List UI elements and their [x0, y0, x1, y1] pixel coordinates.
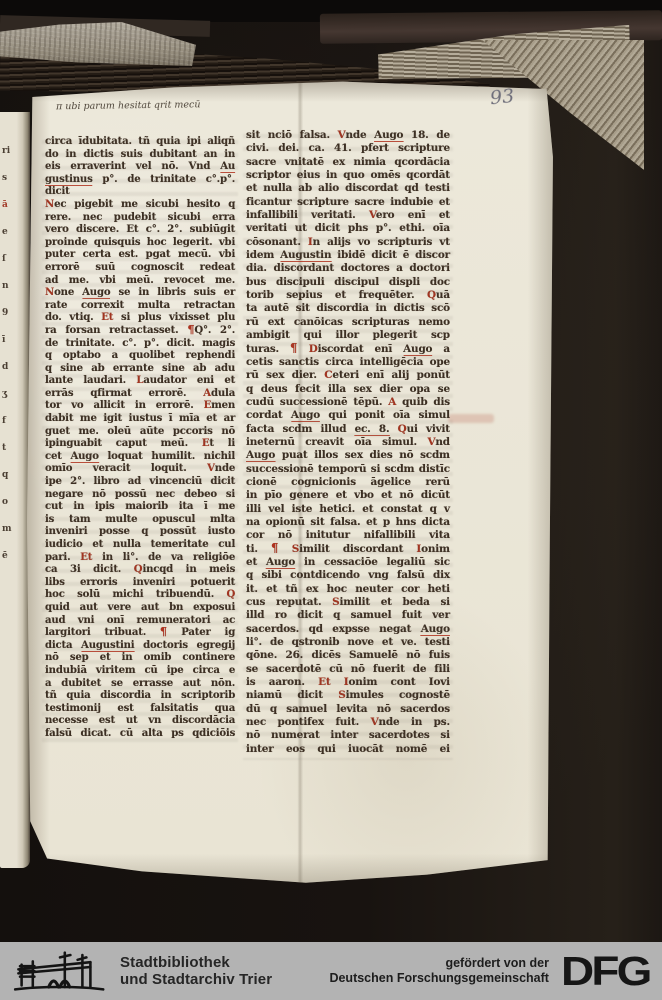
edge-glyph: ri: [2, 138, 16, 165]
manuscript-line: ineternū creavit oīa simul. Vnd: [246, 436, 450, 449]
facing-page-strip: risāeſn9īdʒftqomē: [0, 112, 30, 868]
edge-glyph: o: [2, 489, 16, 516]
manuscript-line: rate correxit multa retractan: [45, 299, 235, 312]
manuscript-line: cet Augo loquat humilit. nichil: [45, 450, 235, 463]
edge-glyph: e: [2, 219, 16, 246]
manuscript-line: Augo puat illos sex dies nō scdm: [246, 449, 450, 462]
funding-credit: gefördert von der Deutschen Forschungsge…: [329, 956, 549, 986]
manuscript-line: ti. ¶ Similit discordant Ionim: [246, 543, 450, 556]
manuscript-line: omīo veracit loquit. Vnde: [45, 462, 235, 475]
manuscript-line: gustinus p°. de trinitate c°.p°. dicit: [45, 173, 235, 198]
manuscript-line: eis erraverint vel nō. Vnd Au: [45, 160, 235, 173]
manuscript-line: do. vtiq. Et si plus vixisset plu: [45, 311, 235, 324]
edge-glyph: d: [2, 354, 16, 381]
dfg-logo: DFG: [561, 951, 661, 992]
manuscript-line: successionē temporū si scdm distīc: [246, 463, 450, 476]
manuscript-line: testimonij est falsitatis qua: [45, 702, 235, 715]
manuscript-line: it. et tñ ex hoc neuter cor heti: [246, 583, 450, 596]
edge-glyph: ā: [2, 192, 16, 219]
folio-number: 93: [489, 85, 515, 109]
manuscript-line: na opionū sit falsa. et p hns dicta: [246, 516, 450, 529]
manuscript-line: lante laudari. Laudator eni et: [45, 374, 235, 387]
manuscript-line: qōne. 26. dicēs Samuelē nō fuis: [246, 649, 450, 662]
manuscript-column-left: circa īdubitata. tñ quia ipi aliqñdo in …: [45, 135, 235, 740]
manuscript-line: nō numerat inter sacerdotes si: [246, 729, 450, 742]
manuscript-line: q sine ab errante sine ab adu: [45, 362, 235, 375]
edge-glyph: ſ: [2, 246, 16, 273]
manuscript-line: is aaron. Et Ionim cont Iovi: [246, 676, 450, 689]
edge-glyph: f: [2, 408, 16, 435]
manuscript-line: li°. de qstronib nove et ve. testi: [246, 636, 450, 649]
manuscript-line: cetis sanctis circa intelligēcia ope: [246, 356, 450, 369]
manuscript-line: rere. nec pudebit sicubi erra: [45, 211, 235, 224]
manuscript-line: dabit me igit iustus ī mīa et ar: [45, 412, 235, 425]
facing-page-text-edge: risāeſn9īdʒftqomē: [2, 138, 16, 570]
edge-glyph: n: [2, 273, 16, 300]
page-stack-fore-edge: [544, 58, 636, 890]
manuscript-line: is tam multe opuscul mlta: [45, 513, 235, 526]
manuscript-line: ambigit qui illor plegerit scp: [246, 329, 450, 342]
funding-line2: Deutschen Forschungsgemeinschaft: [329, 971, 549, 986]
manuscript-line: vero discere. Et c°. 2°. subiūgit: [45, 223, 235, 236]
manuscript-line: negare nō possū nec debeo si: [45, 488, 235, 501]
manuscript-line: errorē suū cognoscit redeat: [45, 261, 235, 274]
manuscript-line: nec pontifex fuit. Vnde in ps.: [246, 716, 450, 729]
edge-glyph: 9: [2, 300, 16, 327]
edge-glyph: ʒ: [2, 381, 16, 408]
manuscript-line: q sibi contdicendo vng falsū dix: [246, 569, 450, 582]
manuscript-line: circa īdubitata. tñ quia ipi aliqñ: [45, 135, 235, 148]
manuscript-line: cut in ipis maiorib ita ī me: [45, 500, 235, 513]
manuscript-line: largitori tribuat. ¶ Pater ig: [45, 626, 235, 639]
manuscript-line: falsū dicat. cū alta ps qdiciōis: [45, 727, 235, 740]
manuscript-line: ad me. vbi meū. revocet me.: [45, 274, 235, 287]
library-name-line2: und Stadtarchiv Trier: [120, 971, 272, 989]
manuscript-line: dia. discordant doctores a doctori: [246, 262, 450, 275]
manuscript-line: sacre vnitatē ex nimia qcordācia: [246, 156, 450, 169]
manuscript-line: puter certa est. pgat mecū. vbi: [45, 248, 235, 261]
manuscript-line: dū q samuel levita nō sacerdos: [246, 703, 450, 716]
manuscript-line: in pīo genere et vbo et nō dicūt: [246, 489, 450, 502]
manuscript-line: cus reputat. Similit et beda si: [246, 596, 450, 609]
manuscript-line: facta scdm illud ec. 8. Qui vivit: [246, 423, 450, 436]
manuscript-line: tñ quia discordia in scriptorib: [45, 689, 235, 702]
library-name: Stadtbibliothek und Stadtarchiv Trier: [120, 954, 272, 989]
manuscript-line: ta autē sit discordia in dictis scō: [246, 302, 450, 315]
manuscript-line: do in dictis suis dubitant an in: [45, 148, 235, 161]
marginal-note-showthrough: [448, 414, 494, 423]
manuscript-line: Nec pigebit me sicubi hesito q: [45, 198, 235, 211]
edge-glyph: ī: [2, 327, 16, 354]
manuscript-line: ficantur scripture sacre indubie et: [246, 196, 450, 209]
stadtbibliothek-trier-logo-icon: [12, 945, 108, 997]
manuscript-line: ra forsan retractasset. ¶Q°. 2°.: [45, 324, 235, 337]
edge-glyph: t: [2, 435, 16, 462]
manuscript-line: cionē cognicionis āgelice rerū: [246, 476, 450, 489]
manuscript-line: quid aut vere aut bn exposui: [45, 601, 235, 614]
manuscript-column-right: sit nciō falsa. Vnde Augo 18. decivi. de…: [246, 129, 450, 756]
manuscript-line: None Augo se in libris suis er: [45, 286, 235, 299]
manuscript-line: civi. dei. ca. 41. pfert scripture: [246, 142, 450, 155]
manuscript-line: cōsonant. In alijs vo scripturis vt: [246, 236, 450, 249]
manuscript-line: bus discipuli discipul displi doc: [246, 276, 450, 289]
edge-glyph: m: [2, 516, 16, 543]
manuscript-line: turas. ¶ Discordat enī Augo a: [246, 343, 450, 356]
manuscript-line: guet me. oleū aūte pccoris nō: [45, 425, 235, 438]
manuscript-line: rū ext canōicas scripturas nemo: [246, 316, 450, 329]
manuscript-line: rū sex dier. Ceteri enī alij ponūt: [246, 369, 450, 382]
library-name-line1: Stadtbibliothek: [120, 954, 272, 972]
manuscript-line: et nulla ab alio discordat qd testi: [246, 182, 450, 195]
manuscript-line: infallibili veritati. Vero enī et: [246, 209, 450, 222]
manuscript-line: cordat Augo qui ponit oīa simul: [246, 409, 450, 422]
manuscript-line: se sacerdotē cū nō fuerit de fili: [246, 663, 450, 676]
manuscript-line: cudū successionē tēpū. A quib dis: [246, 396, 450, 409]
manuscript-line: inter eos qui iuocāt nomē ei: [246, 743, 450, 756]
manuscript-line: ca 3i dicit. Qincqd in meis: [45, 563, 235, 576]
manuscript-line: ipe 2°. libro ad vincenciū dicit: [45, 475, 235, 488]
edge-glyph: q: [2, 462, 16, 489]
manuscript-line: niamū dicit Simules cognostē: [246, 689, 450, 702]
manuscript-line: tor vo allicit in errorē. Emen: [45, 399, 235, 412]
manuscript-line: scriptor eius in quo omēs qcordāt: [246, 169, 450, 182]
manuscript-line: sit nciō falsa. Vnde Augo 18. de: [246, 129, 450, 142]
header-annotation: π ubi parum hesitat qrit mecū: [56, 99, 246, 113]
manuscript-line: libs erroris inveniri potuerit: [45, 576, 235, 589]
manuscript-line: a dubitet se errasse aut nōn.: [45, 677, 235, 690]
manuscript-line: aud vni onī remuneratori ac: [45, 614, 235, 627]
manuscript-line: iudicio et nulla temeritate cul: [45, 538, 235, 551]
manuscript-line: errās qfirmat errorē. Adula: [45, 387, 235, 400]
manuscript-line: pari. Et in li°. de va religiōe: [45, 551, 235, 564]
manuscript-line: ipinguabit caput meū. Et li: [45, 437, 235, 450]
manuscript-line: illi vel iste hetici. et constat q v: [246, 503, 450, 516]
edge-glyph: s: [2, 165, 16, 192]
footer-banner: Stadtbibliothek und Stadtarchiv Trier ge…: [0, 942, 662, 1000]
manuscript-line: veritati ut dicit phs p°. ethi. oīa: [246, 222, 450, 235]
manuscript-line: indubiā viritem cū ipe circa e: [45, 664, 235, 677]
manuscript-page: π ubi parum hesitat qrit mecū 93 circa ī…: [26, 76, 554, 886]
manuscript-line: q deus fecit illa sex dier opa se: [246, 383, 450, 396]
manuscript-line: q optabo a quolibet rephendi: [45, 349, 235, 362]
manuscript-line: proinde quisquis hoc legerit. vbi: [45, 236, 235, 249]
manuscript-line: et Augo in cessaciōe legaliū sic: [246, 556, 450, 569]
manuscript-line: torib sepius et frequēter. Quā: [246, 289, 450, 302]
manuscript-line: illd ro dicit q samuel fuit ver: [246, 609, 450, 622]
digitized-manuscript-scan: risāeſn9īdʒftqomē π ubi parum hesitat qr…: [0, 0, 662, 1000]
edge-glyph: ē: [2, 543, 16, 570]
funding-line1: gefördert von der: [329, 956, 549, 971]
manuscript-line: sacerdos. qd expsse negat Augo: [246, 623, 450, 636]
manuscript-line: necesse est ut vn discordācia: [45, 714, 235, 727]
manuscript-line: hoc solū michi tribuendū. Q: [45, 588, 235, 601]
manuscript-line: de trinitate. c°. p°. dicit. magis: [45, 337, 235, 350]
manuscript-line: dicta Augustini doctoris egregij: [45, 639, 235, 652]
manuscript-line: idem Augustin ibidē dicit ē discor: [246, 249, 450, 262]
manuscript-line: inveniri posse q possūt iusto: [45, 525, 235, 538]
manuscript-line: nō sep et in omib continere: [45, 651, 235, 664]
